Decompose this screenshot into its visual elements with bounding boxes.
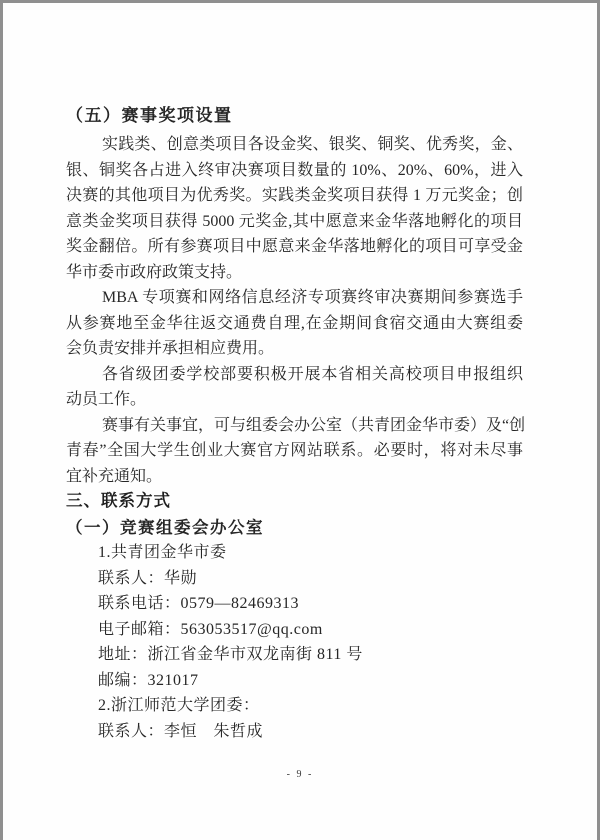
paragraph-line: 意类金奖项目获得 5000 元奖金,其中愿意来金华落地孵化的项目 [66, 209, 523, 235]
contact-line-address: 地址：浙江省金华市双龙南街 811 号 [66, 642, 523, 668]
contact-line-phone: 联系电话：0579—82469313 [66, 591, 523, 617]
subsection-heading-office: （一）竞赛组委会办公室 [66, 515, 523, 541]
contact-line-email: 电子邮箱：563053517@qq.com [66, 617, 523, 643]
paragraph-line: 银、铜奖各占进入终审决赛项目数量的 10%、20%、60%，进入 [66, 158, 523, 184]
contact-line-person-2: 联系人：李恒 朱哲成 [66, 719, 523, 745]
paragraph-line: 实践类、创意类项目各设金奖、银奖、铜奖、优秀奖，金、 [66, 132, 523, 158]
contact-line-postcode: 邮编：321017 [66, 668, 523, 694]
section-heading-contact: 三、联系方式 [66, 489, 523, 515]
paragraph-line: 会负责安排并承担相应费用。 [66, 336, 523, 362]
page-number: - 9 - [3, 769, 597, 780]
paragraph-line: 华市委市政府政策支持。 [66, 260, 523, 286]
paragraph-line: 决赛的其他项目为优秀奖。实践类金奖项目获得 1 万元奖金；创 [66, 183, 523, 209]
document-content: （五）赛事奖项设置 实践类、创意类项目各设金奖、银奖、铜奖、优秀奖，金、 银、铜… [66, 103, 523, 744]
paragraph-line: 青春”全国大学生创业大赛官方网站联系。必要时，将对未尽事 [66, 438, 523, 464]
paragraph-line: 各省级团委学校部要积极开展本省相关高校项目申报组织 [66, 362, 523, 388]
contact-line-org-2: 2.浙江师范大学团委： [66, 693, 523, 719]
contact-line-org-1: 1.共青团金华市委 [66, 540, 523, 566]
section-heading-awards: （五）赛事奖项设置 [66, 103, 523, 129]
paragraph-line: 动员工作。 [66, 387, 523, 413]
paragraph-line: 宜补充通知。 [66, 464, 523, 490]
document-page: （五）赛事奖项设置 实践类、创意类项目各设金奖、银奖、铜奖、优秀奖，金、 银、铜… [0, 0, 600, 840]
paragraph-line: 奖金翻倍。所有参赛项目中愿意来金华落地孵化的项目可享受金 [66, 234, 523, 260]
contact-line-person: 联系人：华勋 [66, 566, 523, 592]
paragraph-line: 赛事有关事宜，可与组委会办公室（共青团金华市委）及“创 [66, 413, 523, 439]
paragraph-line: 从参赛地至金华往返交通费自理,在金期间食宿交通由大赛组委 [66, 311, 523, 337]
paragraph-line: MBA 专项赛和网络信息经济专项赛终审决赛期间参赛选手 [66, 285, 523, 311]
